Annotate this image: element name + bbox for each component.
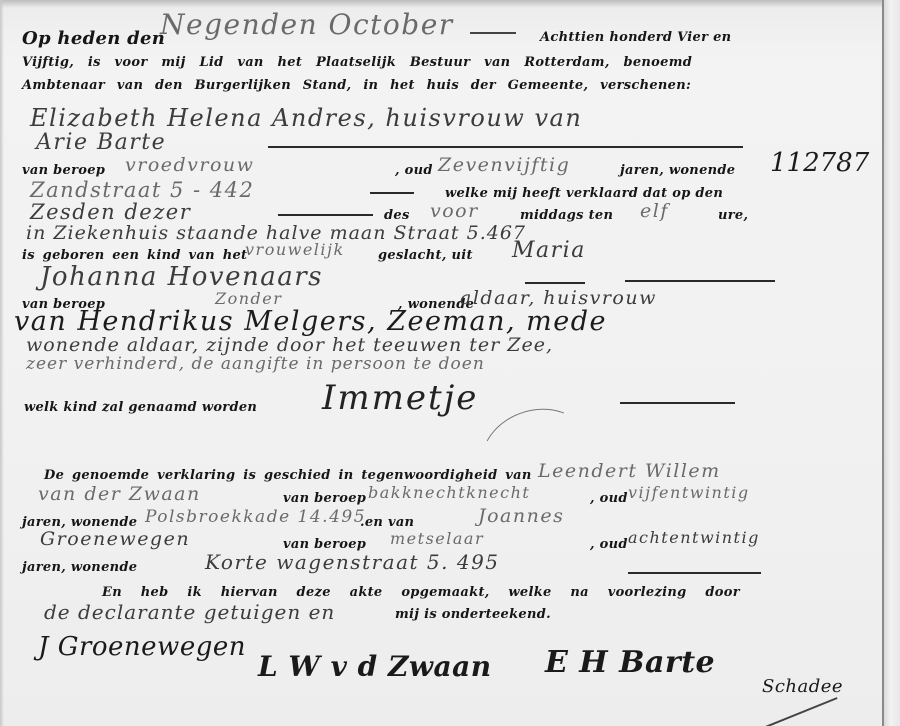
- hand-sex: vrouwelijk: [245, 240, 345, 259]
- scan-top-shadow: [0, 0, 900, 8]
- register-number: 112787: [770, 148, 869, 178]
- fill-rule: [268, 146, 743, 148]
- hand-witness2-surname: Groenewegen: [40, 528, 190, 550]
- form-text-geboren: is geboren een kind van het: [22, 248, 247, 263]
- form-text-middags: middags ten: [520, 208, 613, 223]
- hand-father: van Hendrikus Melgers, Zeeman, mede: [14, 306, 607, 337]
- hand-date: Negenden October: [160, 8, 454, 41]
- form-text-des: des: [384, 208, 410, 223]
- form-text-en-van: .en van: [360, 515, 414, 530]
- hand-witness2-address: Korte wagenstraat 5. 495: [205, 550, 500, 574]
- document-page: Op heden den Negenden October Achttien h…: [0, 0, 885, 726]
- hand-age: Zevenvijftig: [438, 154, 570, 176]
- hand-witness1-age: vijfentwintig: [628, 483, 750, 502]
- form-text-onderteekend: mij is onderteekend.: [395, 607, 551, 622]
- form-text-oud: , oud: [395, 163, 433, 178]
- fill-rule: [470, 32, 516, 34]
- fill-rule: [620, 402, 735, 404]
- hand-witness1-surname: van der Zwaan: [38, 483, 201, 505]
- form-text-genaamd: welk kind zal genaamd worden: [24, 400, 257, 415]
- hand-address: Zandstraat 5 - 442: [30, 178, 254, 202]
- form-text-line2: Vijftig, is voor mij Lid van het Plaatse…: [22, 55, 692, 70]
- hand-witness1-occupation: bakknechtknecht: [368, 483, 530, 502]
- hand-voor: voor: [430, 200, 479, 222]
- fill-rule: [628, 572, 761, 574]
- hand-declarant-name: Elizabeth Helena Andres, huisvrouw van: [30, 104, 582, 132]
- hand-witness1-firstname: Leendert Willem: [538, 460, 721, 482]
- form-text-akte-opgemaakt: En heb ik hiervan deze akte opgemaakt, w…: [102, 585, 740, 600]
- form-text-oud-2: , oud: [590, 491, 628, 506]
- form-text-tegenwoordigheid: De genoemde verklaring is geschied in te…: [44, 468, 532, 483]
- signature-official: Schadee: [762, 676, 843, 697]
- page-edge: [882, 0, 900, 726]
- hand-day: Zesden dezer: [30, 200, 191, 224]
- fill-rule: [525, 282, 585, 284]
- hand-mother-name: Johanna Hovenaars: [40, 262, 323, 292]
- hand-occupation: vroedvrouw: [125, 154, 254, 176]
- form-text-ure: ure,: [718, 208, 748, 223]
- signature-witness-1: L W v d Zwaan: [258, 650, 492, 683]
- scan-left-edge: [0, 0, 4, 726]
- hand-child-name: Immetje: [322, 378, 478, 418]
- form-text-van-beroep-3: van beroep: [283, 491, 366, 506]
- form-text-verklaard: welke mij heeft verklaard dat op den: [445, 186, 723, 201]
- form-text-line3: Ambtenaar van den Burgerlijken Stand, in…: [22, 78, 691, 93]
- form-text-year: Achttien honderd Vier en: [540, 30, 731, 45]
- form-text-geslacht: geslacht, uit: [378, 248, 473, 263]
- form-text-jaren-wonende: jaren, wonende: [620, 163, 735, 178]
- hand-witness2-occupation: metselaar: [390, 529, 484, 548]
- hand-hour: elf: [640, 200, 669, 222]
- signature-witness-2: J Groenewegen: [38, 632, 246, 662]
- form-text-van-beroep: van beroep: [22, 163, 105, 178]
- fill-rule: [625, 280, 775, 282]
- form-text-op-heden: Op heden den: [22, 28, 165, 49]
- hand-declarant-husband: Arie Barte: [36, 130, 166, 155]
- hand-father-reason: wonende aldaar, zijnde door het teeuwen …: [26, 334, 553, 356]
- hand-absence-note: zeer verhinderd, de aangifte in persoon …: [26, 354, 485, 374]
- hand-signatories: de declarante getuigen en: [44, 600, 335, 624]
- fill-rule: [370, 192, 414, 194]
- form-text-jaren-wonende-3: jaren, wonende: [22, 560, 137, 575]
- signature-declarant: E H Barte: [545, 645, 715, 680]
- form-text-oud-3: , oud: [590, 537, 628, 552]
- hand-witness2-age: achtentwintig: [628, 528, 760, 547]
- hand-witness1-address: Polsbroekkade 14.495: [145, 507, 366, 527]
- fill-rule: [278, 214, 373, 216]
- hand-mother-firstname: Maria: [512, 238, 586, 263]
- signature-underline: [763, 697, 838, 726]
- hand-witness2-firstname: Joannes: [478, 505, 564, 527]
